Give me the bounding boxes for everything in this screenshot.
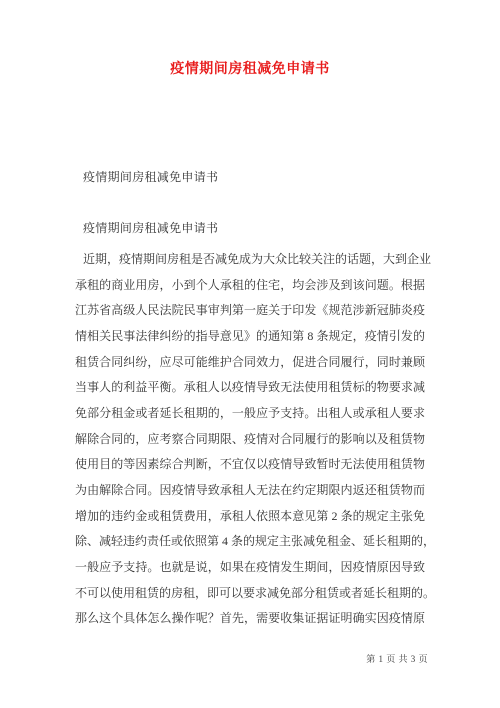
paragraph-line: 租赁合同纠纷，应尽可能维护合同效力，促进合同履行，同时兼顾 (75, 350, 425, 376)
document-page: 疫情期间房租减免申请书 疫情期间房租减免申请书 疫情期间房租减免申请书 近期，疫… (0, 0, 500, 708)
document-subheading-2: 疫情期间房租减免申请书 (83, 221, 218, 236)
paragraph-line: 情相关民事法律纠纷的指导意见》的通知第 8 条规定，疫情引发的 (75, 324, 425, 350)
paragraph-line: 免部分租金或者延长租期的，一般应予支持。出租人或承租人要求 (75, 401, 425, 427)
document-title: 疫情期间房租减免申请书 (0, 61, 500, 79)
paragraph-line: 当事人的利益平衡。承租人以疫情导致无法使用租赁标的物要求减 (75, 375, 425, 401)
paragraph-line: 使用目的等因素综合判断，不宜仅以疫情导致暂时无法使用租赁物 (75, 452, 425, 478)
paragraph-line: 增加的违约金或租赁费用，承租人依照本意见第 2 条的规定主张免 (75, 504, 425, 530)
page-number-footer: 第 1 页 共 3 页 (0, 653, 428, 666)
paragraph-line: 一般应予支持。也就是说，如果在疫情发生期间，因疫情原因导致 (75, 555, 425, 581)
paragraph-line: 近期，疫情期间房租是否减免成为大众比较关注的话题，大到企业 (75, 247, 425, 273)
paragraph-line: 不可以使用租赁的房租，即可以要求减免部分租赁或者延长租期的。 (75, 581, 425, 607)
document-body-paragraph: 近期，疫情期间房租是否减免成为大众比较关注的话题，大到企业 承租的商业用房，小到… (75, 247, 425, 632)
paragraph-line: 江苏省高级人民法院民事审判第一庭关于印发《规范涉新冠肺炎疫 (75, 298, 425, 324)
paragraph-line: 除、减轻违约责任或依照第 4 条的规定主张减免租金、延长租期的， (75, 529, 425, 555)
document-subheading-1: 疫情期间房租减免申请书 (83, 170, 218, 185)
paragraph-line: 为由解除合同。因疫情导致承租人无法在约定期限内返还租赁物而 (75, 478, 425, 504)
paragraph-line: 解除合同的，应考察合同期限、疫情对合同履行的影响以及租赁物 (75, 427, 425, 453)
paragraph-line: 承租的商业用房，小到个人承租的住宅，均会涉及到该问题。根据 (75, 273, 425, 299)
paragraph-line: 那么这个具体怎么操作呢？首先，需要收集证据证明确实因疫情原 (75, 606, 425, 632)
